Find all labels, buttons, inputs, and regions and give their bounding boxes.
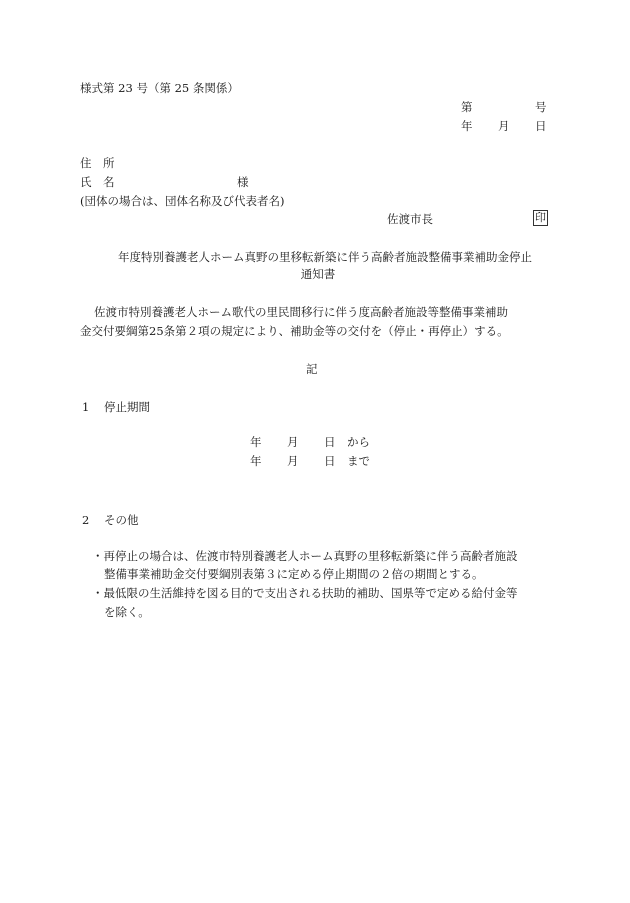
document-title-line2: 通知書 xyxy=(0,266,630,282)
bullet-item-2-line2: を除く。 xyxy=(104,604,150,620)
date-year-label: 年 xyxy=(461,118,473,134)
bullet-item-1-line2: 整備事業補助金交付要綱別表第３に定める停止期間の２倍の期間とする。 xyxy=(104,566,484,582)
date-month-label: 月 xyxy=(498,118,510,134)
doc-number-suffix: 号 xyxy=(535,99,547,115)
year-label: 年 xyxy=(250,453,262,469)
section-title: その他 xyxy=(104,513,139,527)
period-suffix: まで xyxy=(347,453,370,469)
section-title: 停止期間 xyxy=(104,400,150,414)
period-suffix: から xyxy=(347,434,370,450)
year-label: 年 xyxy=(250,434,262,450)
section-2-heading: 2その他 xyxy=(82,512,139,528)
name-label: 氏 名 xyxy=(80,174,115,190)
ki-heading: 記 xyxy=(306,361,318,377)
day-label: 日 xyxy=(324,434,336,450)
month-label: 月 xyxy=(287,453,299,469)
doc-number-prefix: 第 xyxy=(461,99,473,115)
issuer-name: 佐渡市長 xyxy=(387,211,433,227)
section-number: 1 xyxy=(82,399,104,415)
day-label: 日 xyxy=(324,453,336,469)
bullet-item-2-line1: ・最低限の生活維持を図る目的で支出される扶助的補助、国県等で定める給付金等 xyxy=(92,585,518,601)
document-title-line1: 年度特別養護老人ホーム真野の里移転新築に伴う高齢者施設整備事業補助金停止 xyxy=(118,249,532,265)
bullet-item-1-line1: ・再停止の場合は、佐渡市特別養護老人ホーム真野の里移転新築に伴う高齢者施設 xyxy=(92,548,518,564)
body-text-line2: 金交付要綱第25条第２項の規定により、補助金等の交付を（停止・再停止）する。 xyxy=(80,323,509,339)
month-label: 月 xyxy=(287,434,299,450)
section-1-heading: 1停止期間 xyxy=(82,399,150,415)
organization-note: (団体の場合は、団体名称及び代表者名) xyxy=(80,193,284,209)
form-number: 様式第 23 号（第 25 条関係） xyxy=(80,80,239,96)
honorific: 様 xyxy=(237,174,249,190)
body-text-line1: 佐渡市特別養護老人ホーム歌代の里民間移行に伴う度高齢者施設等整備事業補助 xyxy=(94,304,508,320)
date-day-label: 日 xyxy=(535,118,547,134)
address-label: 住 所 xyxy=(80,155,115,171)
seal-icon: 印 xyxy=(533,210,548,226)
section-number: 2 xyxy=(82,512,104,528)
document-title-text: 通知書 xyxy=(301,266,336,282)
